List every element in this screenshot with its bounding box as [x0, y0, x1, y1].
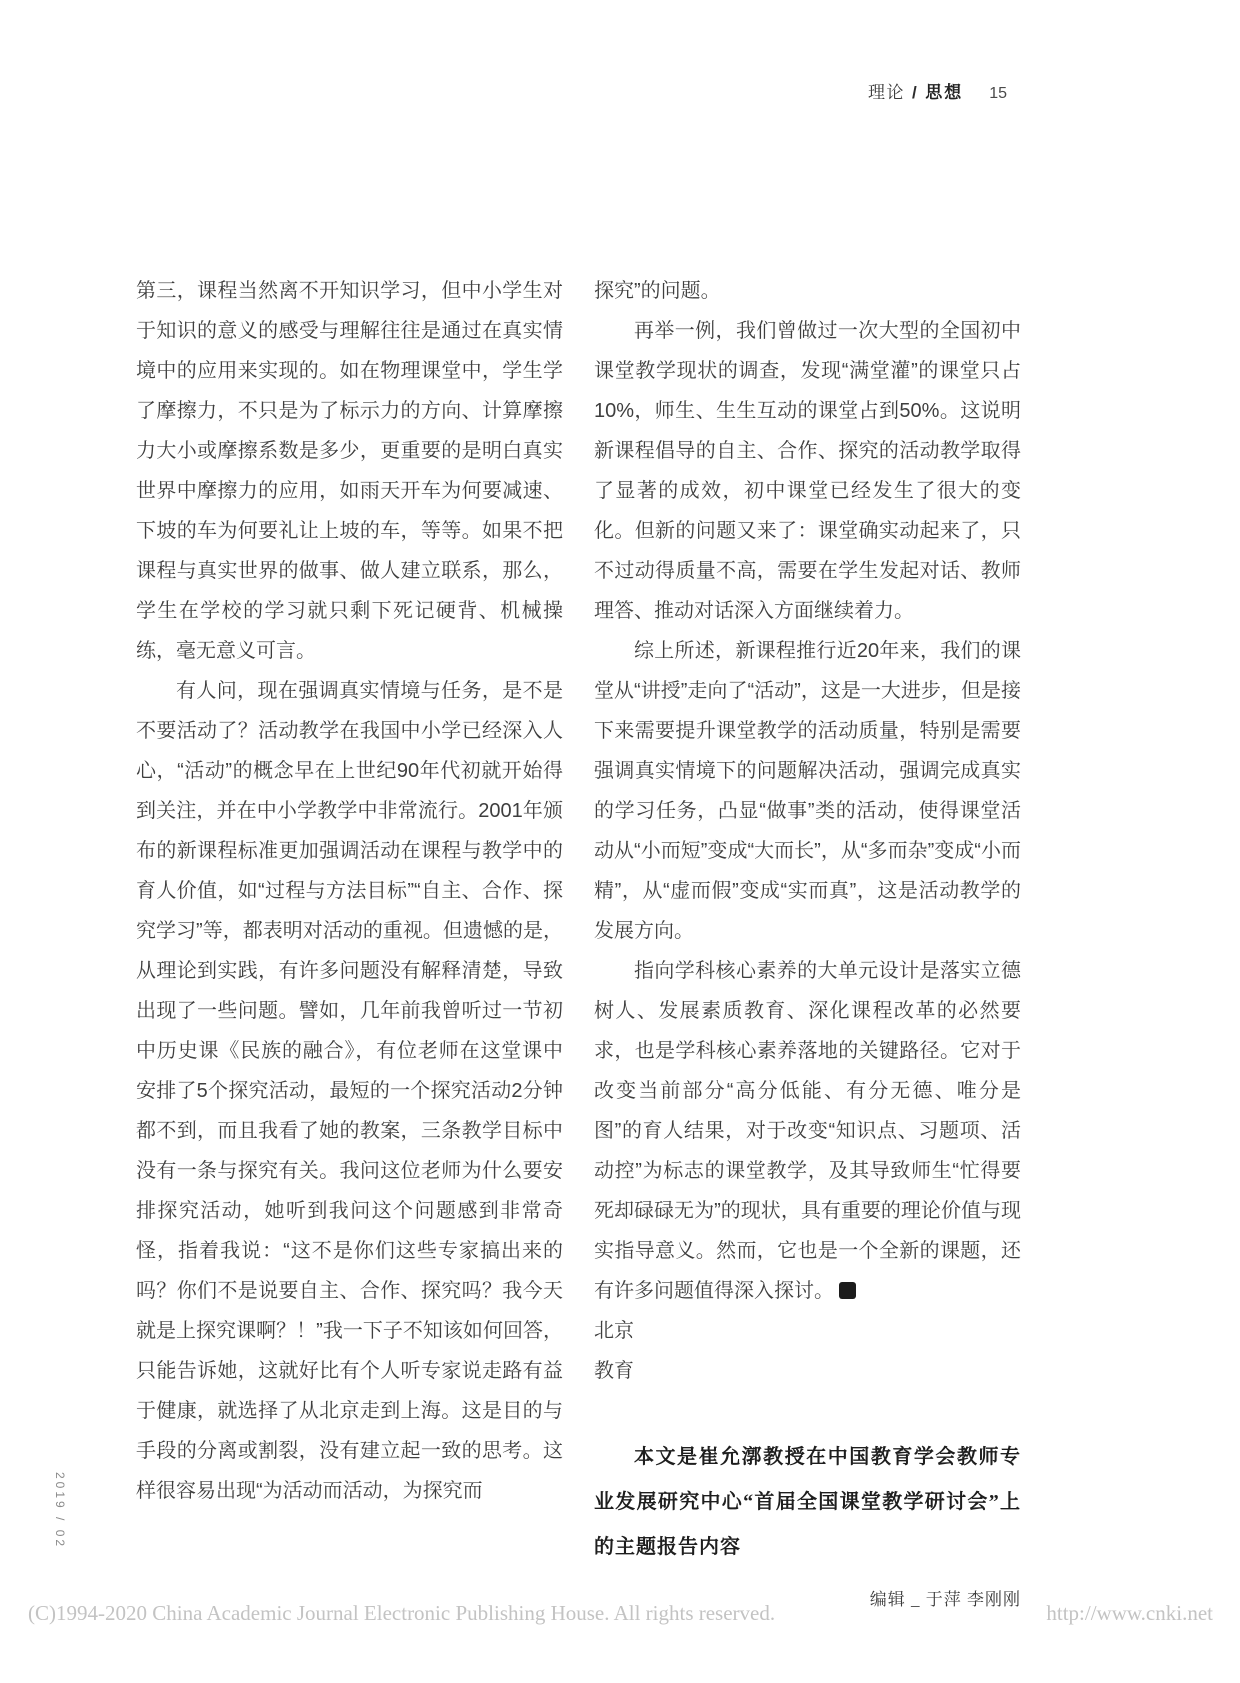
page-header: 理论 / 思想 15 — [868, 78, 1007, 103]
paragraph: 有人问，现在强调真实情境与任务，是不是不要活动了？活动教学在我国中小学已经深入人… — [136, 671, 563, 1511]
copyright-text: (C)1994-2020 China Academic Journal Elec… — [28, 1601, 775, 1626]
paragraph: 综上所述，新课程推行近20年来，我们的课堂从“讲授”走向了“活动”，这是一大进步… — [594, 631, 1021, 951]
cnki-url: http://www.cnki.net — [1046, 1601, 1213, 1626]
header-page-number: 15 — [989, 85, 1007, 103]
header-section-label: 理论 — [868, 78, 905, 103]
issue-label: 2019 / 02 — [53, 1472, 67, 1549]
paragraph: 指向学科核心素养的大单元设计是落实立德树人、发展素质教育、深化课程改革的必然要求… — [594, 951, 1021, 1311]
closing-note: 本文是崔允漷教授在中国教育学会教师专业发展研究中心“首届全国课堂教学研讨会”上的… — [594, 1435, 1021, 1570]
paragraph-text: 指向学科核心素养的大单元设计是落实立德树人、发展素质教育、深化课程改革的必然要求… — [594, 960, 1021, 1302]
header-subsection-label: 思想 — [925, 78, 963, 103]
paragraph: 第三，课程当然离不开知识学习，但中小学生对于知识的意义的感受与理解往往是通过在真… — [136, 271, 563, 671]
left-column: 第三，课程当然离不开知识学习，但中小学生对于知识的意义的感受与理解往往是通过在真… — [136, 271, 563, 1511]
right-column: 探究”的问题。 再举一例，我们曾做过一次大型的全国初中课堂教学现状的调查，发现“… — [594, 271, 1021, 1620]
header-separator: / — [912, 83, 918, 103]
footer-watermark: (C)1994-2020 China Academic Journal Elec… — [28, 1601, 1213, 1626]
journal-end-seal-icon — [839, 1282, 856, 1299]
seal-text-top: 北京 — [594, 1311, 1021, 1351]
paragraph: 探究”的问题。 — [594, 271, 1021, 311]
seal-text-bottom: 教育 — [594, 1351, 1021, 1391]
paragraph: 再举一例，我们曾做过一次大型的全国初中课堂教学现状的调查，发现“满堂灌”的课堂只… — [594, 311, 1021, 631]
